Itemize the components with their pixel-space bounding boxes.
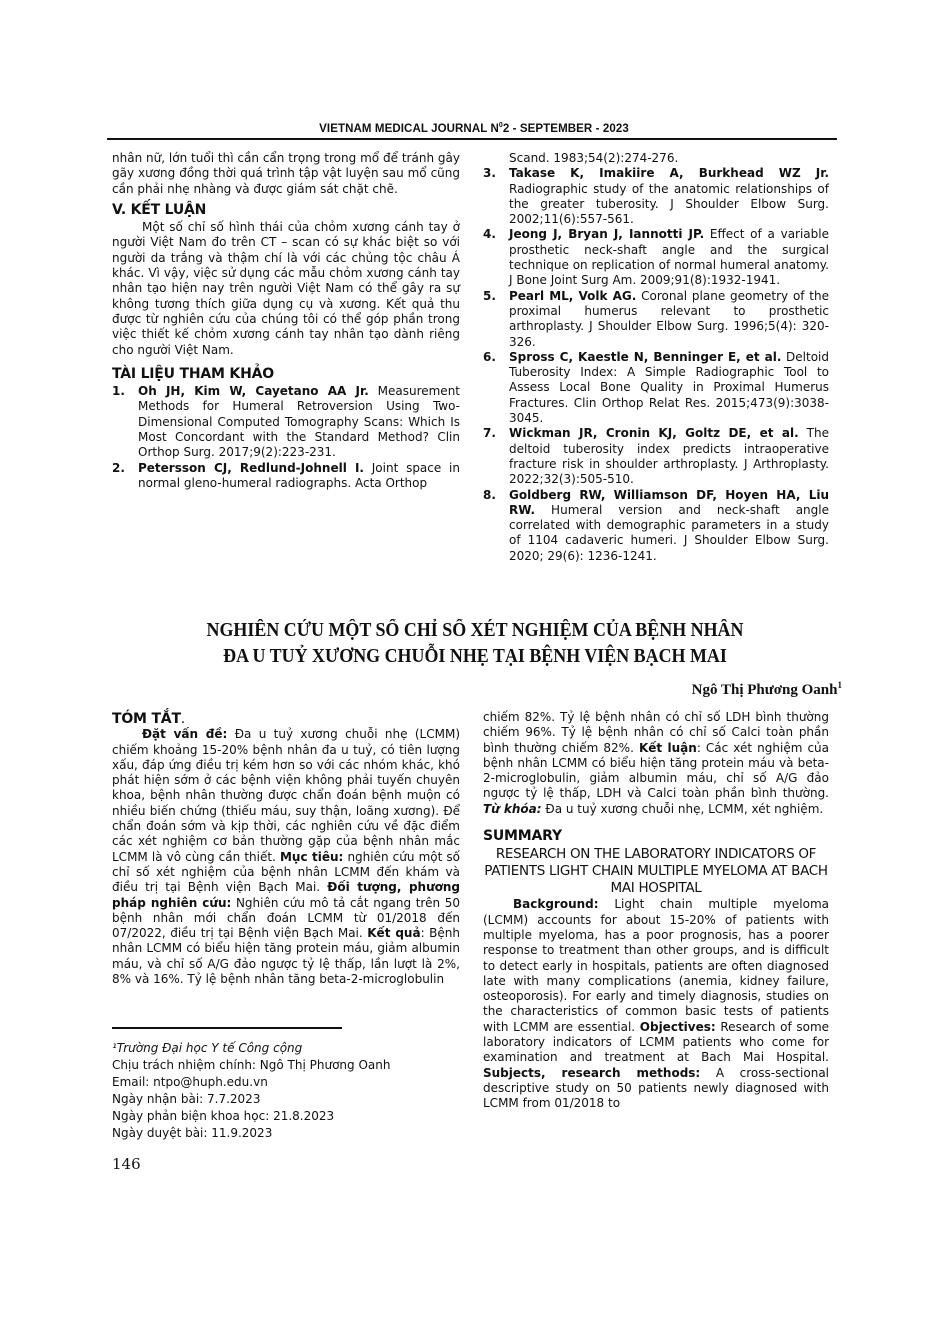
- footnote-rule: [112, 1027, 342, 1029]
- summary-label-methods: Subjects, research methods:: [483, 1066, 700, 1080]
- abstract-label-conclusion: Kết luận: [639, 741, 697, 755]
- conclusion-paragraph: Một số chỉ số hình thái của chỏm xương c…: [112, 220, 460, 358]
- abstract-background-text: Đa u tuỷ xương chuỗi nhẹ (LCMM) chiếm kh…: [112, 727, 460, 863]
- reference-list-left: 1.Oh JH, Kim W, Cayetano AA Jr. Measurem…: [112, 384, 460, 491]
- reference-number: 3.: [483, 166, 496, 181]
- summary-paragraph: Background: Light chain multiple myeloma…: [483, 897, 829, 1111]
- summary-heading: SUMMARY: [483, 829, 829, 844]
- running-header: VIETNAM MEDICAL JOURNAL N02 - SEPTEMBER …: [110, 122, 838, 135]
- reference-number: 6.: [483, 350, 496, 365]
- abstract-left-column: TÓM TẮT. Đặt vấn đề: Đa u tuỷ xương chuỗ…: [112, 712, 460, 987]
- reference-item: 6.Spross C, Kaestle N, Benninger E, et a…: [483, 350, 829, 426]
- reference-item: 3.Takase K, Imakiire A, Burkhead WZ Jr. …: [483, 166, 829, 227]
- reference-authors: Pearl ML, Volk AG.: [509, 289, 636, 303]
- reference-text: Radiographic study of the anatomic relat…: [509, 182, 829, 227]
- reference-item: 2.Petersson CJ, Redlund-Johnell I. Joint…: [112, 461, 460, 492]
- summary-label-objectives: Objectives:: [640, 1020, 716, 1034]
- reference-authors: Petersson CJ, Redlund-Johnell I.: [138, 461, 364, 475]
- journal-name: VIETNAM MEDICAL JOURNAL N: [319, 123, 499, 135]
- abstract-heading: TÓM TẮT.: [112, 712, 460, 727]
- reference-item: 4.Jeong J, Bryan J, Iannotti JP. Effect …: [483, 227, 829, 288]
- abstract-heading-dot: .: [181, 711, 185, 727]
- footnote-date-reviewed: Ngày phản biện khoa học: 21.8.2023: [112, 1108, 462, 1125]
- header-rule: [107, 138, 837, 140]
- reference-list-right: 3.Takase K, Imakiire A, Burkhead WZ Jr. …: [483, 166, 829, 564]
- footnote-responsible-author: Chịu trách nhiệm chính: Ngô Thị Phương O…: [112, 1057, 462, 1074]
- summary-title: RESEARCH ON THE LABORATORY INDICATORS OF…: [483, 846, 829, 897]
- reference-number: 2.: [112, 461, 125, 476]
- abstract-label-objective: Mục tiêu:: [280, 850, 343, 864]
- footnote-date-received: Ngày nhận bài: 7.7.2023: [112, 1091, 462, 1108]
- reference-authors: Oh JH, Kim W, Cayetano AA Jr.: [138, 384, 369, 398]
- article-title-line-1: NGHIÊN CỨU MỘT SỐ CHỈ SỐ XÉT NGHIỆM CỦA …: [148, 618, 801, 644]
- article-author: Ngô Thị Phương Oanh1: [692, 680, 842, 699]
- abstract-continuation: chiếm 82%. Tỷ lệ bệnh nhân có chỉ số LDH…: [483, 710, 829, 817]
- footnote-email: Email: ntpo@huph.edu.vn: [112, 1074, 462, 1091]
- prev-article-right-column: Scand. 1983;54(2):274-276. 3.Takase K, I…: [483, 151, 829, 564]
- footnotes: ¹Trường Đại học Y tế Công cộng Chịu trác…: [112, 1040, 462, 1142]
- abstract-label-background: Đặt vấn đề:: [142, 727, 227, 741]
- footnote-date-approved: Ngày duyệt bài: 11.9.2023: [112, 1125, 462, 1142]
- article-title: NGHIÊN CỨU MỘT SỐ CHỈ SỐ XÉT NGHIỆM CỦA …: [148, 618, 801, 670]
- prev-article-left-column: nhân nữ, lớn tuổi thì cần cẩn trọng tron…: [112, 151, 460, 491]
- reference-item: 5.Pearl ML, Volk AG. Coronal plane geome…: [483, 289, 829, 350]
- page-number: 146: [112, 1155, 141, 1173]
- reference-text: Humeral version and neck-shaft angle cor…: [509, 503, 829, 563]
- summary-label-background: Background:: [513, 897, 599, 911]
- conclusion-heading: V. KẾT LUẬN: [112, 203, 460, 218]
- reference-authors: Wickman JR, Cronin KJ, Goltz DE, et al.: [509, 426, 799, 440]
- reference-authors: Spross C, Kaestle N, Benninger E, et al.: [509, 350, 781, 364]
- summary-background-text: Light chain multiple myeloma (LCMM) acco…: [483, 897, 829, 1033]
- article-title-line-2: ĐA U TUỶ XƯƠNG CHUỖI NHẸ TẠI BỆNH VIỆN B…: [148, 644, 801, 670]
- reference-authors: Jeong J, Bryan J, Iannotti JP.: [509, 227, 704, 241]
- abstract-right-column: chiếm 82%. Tỷ lệ bệnh nhân có chỉ số LDH…: [483, 710, 829, 1112]
- journal-page: VIETNAM MEDICAL JOURNAL N02 - SEPTEMBER …: [0, 0, 942, 1333]
- reference-item: 1.Oh JH, Kim W, Cayetano AA Jr. Measurem…: [112, 384, 460, 460]
- issue-date: 2 - SEPTEMBER - 2023: [503, 123, 629, 135]
- reference-continuation: Scand. 1983;54(2):274-276.: [483, 151, 829, 166]
- footnote-affiliation: ¹Trường Đại học Y tế Công cộng: [112, 1040, 462, 1057]
- abstract-paragraph: Đặt vấn đề: Đa u tuỷ xương chuỗi nhẹ (LC…: [112, 727, 460, 987]
- abstract-keywords-text: Đa u tuỷ xương chuỗi nhẹ, LCMM, xét nghi…: [542, 802, 824, 816]
- author-name: Ngô Thị Phương Oanh: [692, 682, 838, 698]
- reference-number: 4.: [483, 227, 496, 242]
- reference-number: 8.: [483, 488, 496, 503]
- abstract-label-keywords: Từ khóa:: [483, 802, 542, 816]
- reference-authors: Takase K, Imakiire A, Burkhead WZ Jr.: [509, 166, 829, 180]
- references-heading: TÀI LIỆU THAM KHẢO: [112, 367, 460, 382]
- reference-number: 7.: [483, 426, 496, 441]
- abstract-label-results: Kết quả: [367, 926, 420, 940]
- reference-item: 7.Wickman JR, Cronin KJ, Goltz DE, et al…: [483, 426, 829, 487]
- reference-item: 8.Goldberg RW, Williamson DF, Hoyen HA, …: [483, 488, 829, 564]
- abstract-heading-text: TÓM TẮT: [112, 711, 181, 727]
- author-affiliation-marker: 1: [838, 680, 843, 690]
- reference-number: 5.: [483, 289, 496, 304]
- reference-number: 1.: [112, 384, 125, 399]
- carryover-paragraph: nhân nữ, lớn tuổi thì cần cẩn trọng tron…: [112, 151, 460, 197]
